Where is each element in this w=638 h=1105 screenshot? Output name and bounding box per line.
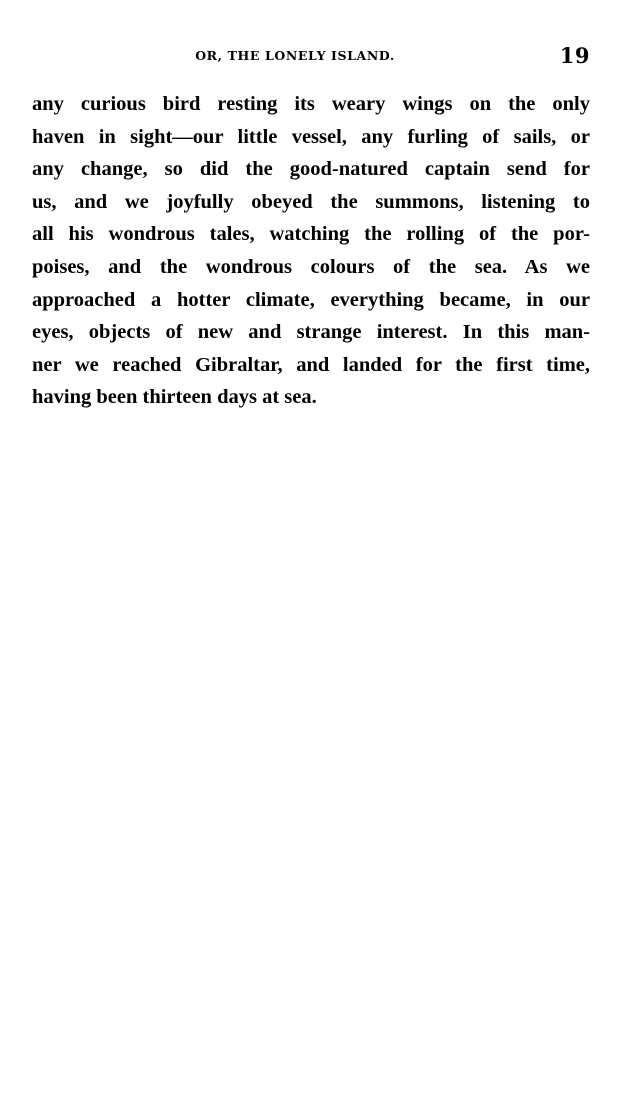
text-line: ner we reached Gibraltar, and landed for… — [32, 349, 590, 382]
text-line: any curious bird resting its weary wings… — [32, 88, 590, 121]
body-paragraph: any curious bird resting its weary wings… — [32, 88, 590, 414]
text-line: any change, so did the good-natured capt… — [32, 153, 590, 186]
text-line: haven in sight—our little vessel, any fu… — [32, 121, 590, 154]
text-line: all his wondrous tales, watching the rol… — [32, 218, 590, 251]
text-line: poises, and the wondrous colours of the … — [32, 251, 590, 284]
text-line: approached a hotter climate, everything … — [32, 284, 590, 317]
running-head: OR, THE LONELY ISLAND. 19 — [30, 44, 590, 68]
text-line: eyes, objects of new and strange interes… — [32, 316, 590, 349]
running-title: OR, THE LONELY ISLAND. — [30, 48, 560, 63]
page-number: 19 — [560, 43, 590, 68]
text-line: us, and we joyfully obeyed the summons, … — [32, 186, 590, 219]
text-line-last: having been thirteen days at sea. — [32, 381, 590, 414]
